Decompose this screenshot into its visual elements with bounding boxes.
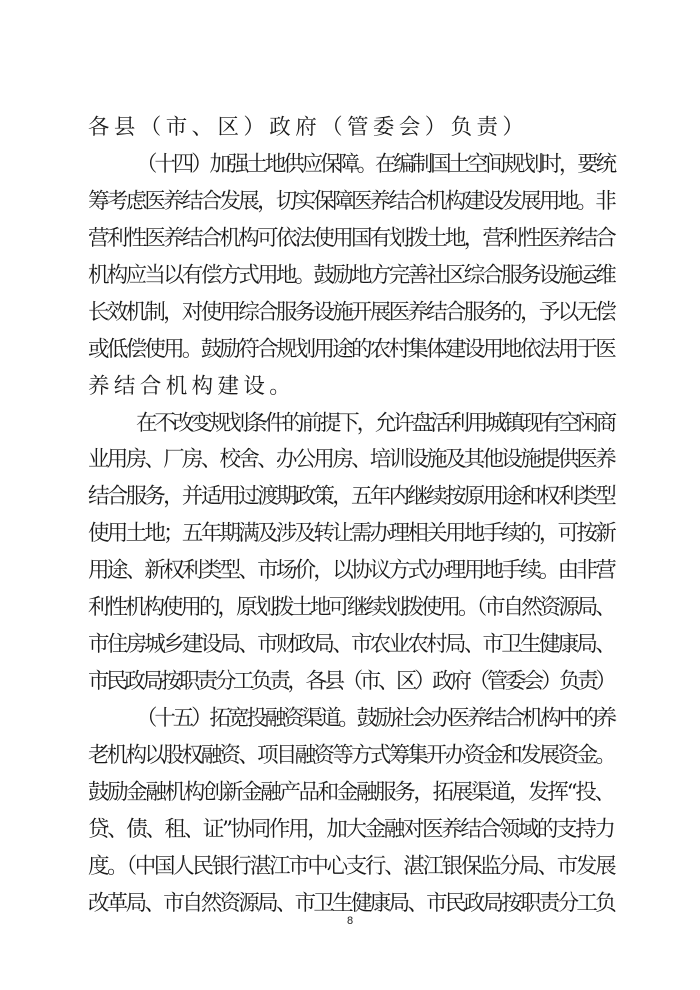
text-line: 用途、新权利类型、市场价，以协议方式办理用地手续。由非营 [88,553,614,590]
text-line: 市民政局按职责分工负责，各县（市、区）政府（管委会）负责） [88,664,614,701]
text-line: 营利性医养结合机构可依法使用国有划拨土地，营利性医养结合 [88,221,614,258]
page-number: 8 [0,915,700,927]
text-line: 在不改变规划条件的前提下，允许盘活利用城镇现有空闲商 [88,406,614,443]
body-text: 各县（市、区）政府（管委会）负责）（十四）加强土地供应保障。在编制国土空间规划时… [88,110,614,923]
text-line: 养结合机构建设。 [88,369,614,406]
text-line: 长效机制，对使用综合服务设施开展医养结合服务的，予以无偿 [88,295,614,332]
document-page: 各县（市、区）政府（管委会）负责）（十四）加强土地供应保障。在编制国土空间规划时… [0,0,700,990]
text-line: 业用房、厂房、校舍、办公用房、培训设施及其他设施提供医养 [88,442,614,479]
text-line: 使用土地；五年期满及涉及转让需办理相关用地手续的，可按新 [88,516,614,553]
text-line: 或低偿使用。鼓励符合规划用途的农村集体建设用地依法用于医 [88,332,614,369]
text-line: （十五）拓宽投融资渠道。鼓励社会办医养结合机构中的养 [88,701,614,738]
text-line: 市住房城乡建设局、市财政局、市农业农村局、市卫生健康局、 [88,627,614,664]
text-line: 贷、债、租、证”协同作用，加大金融对医养结合领域的支持力 [88,812,614,849]
text-line: （十四）加强土地供应保障。在编制国土空间规划时，要统 [88,147,614,184]
text-line: 老机构以股权融资、项目融资等方式筹集开办资金和发展资金。 [88,738,614,775]
text-line: 度。（中国人民银行湛江市中心支行、湛江银保监分局、市发展 [88,849,614,886]
text-line: 各县（市、区）政府（管委会）负责） [88,110,614,147]
text-line: 机构应当以有偿方式用地。鼓励地方完善社区综合服务设施运维 [88,258,614,295]
text-line: 结合服务，并适用过渡期政策，五年内继续按原用途和权利类型 [88,479,614,516]
text-line: 利性机构使用的，原划拨土地可继续划拨使用。（市自然资源局、 [88,590,614,627]
text-line: 筹考虑医养结合发展，切实保障医养结合机构建设发展用地。非 [88,184,614,221]
text-line: 鼓励金融机构创新金融产品和金融服务，拓展渠道，发挥“投、 [88,775,614,812]
